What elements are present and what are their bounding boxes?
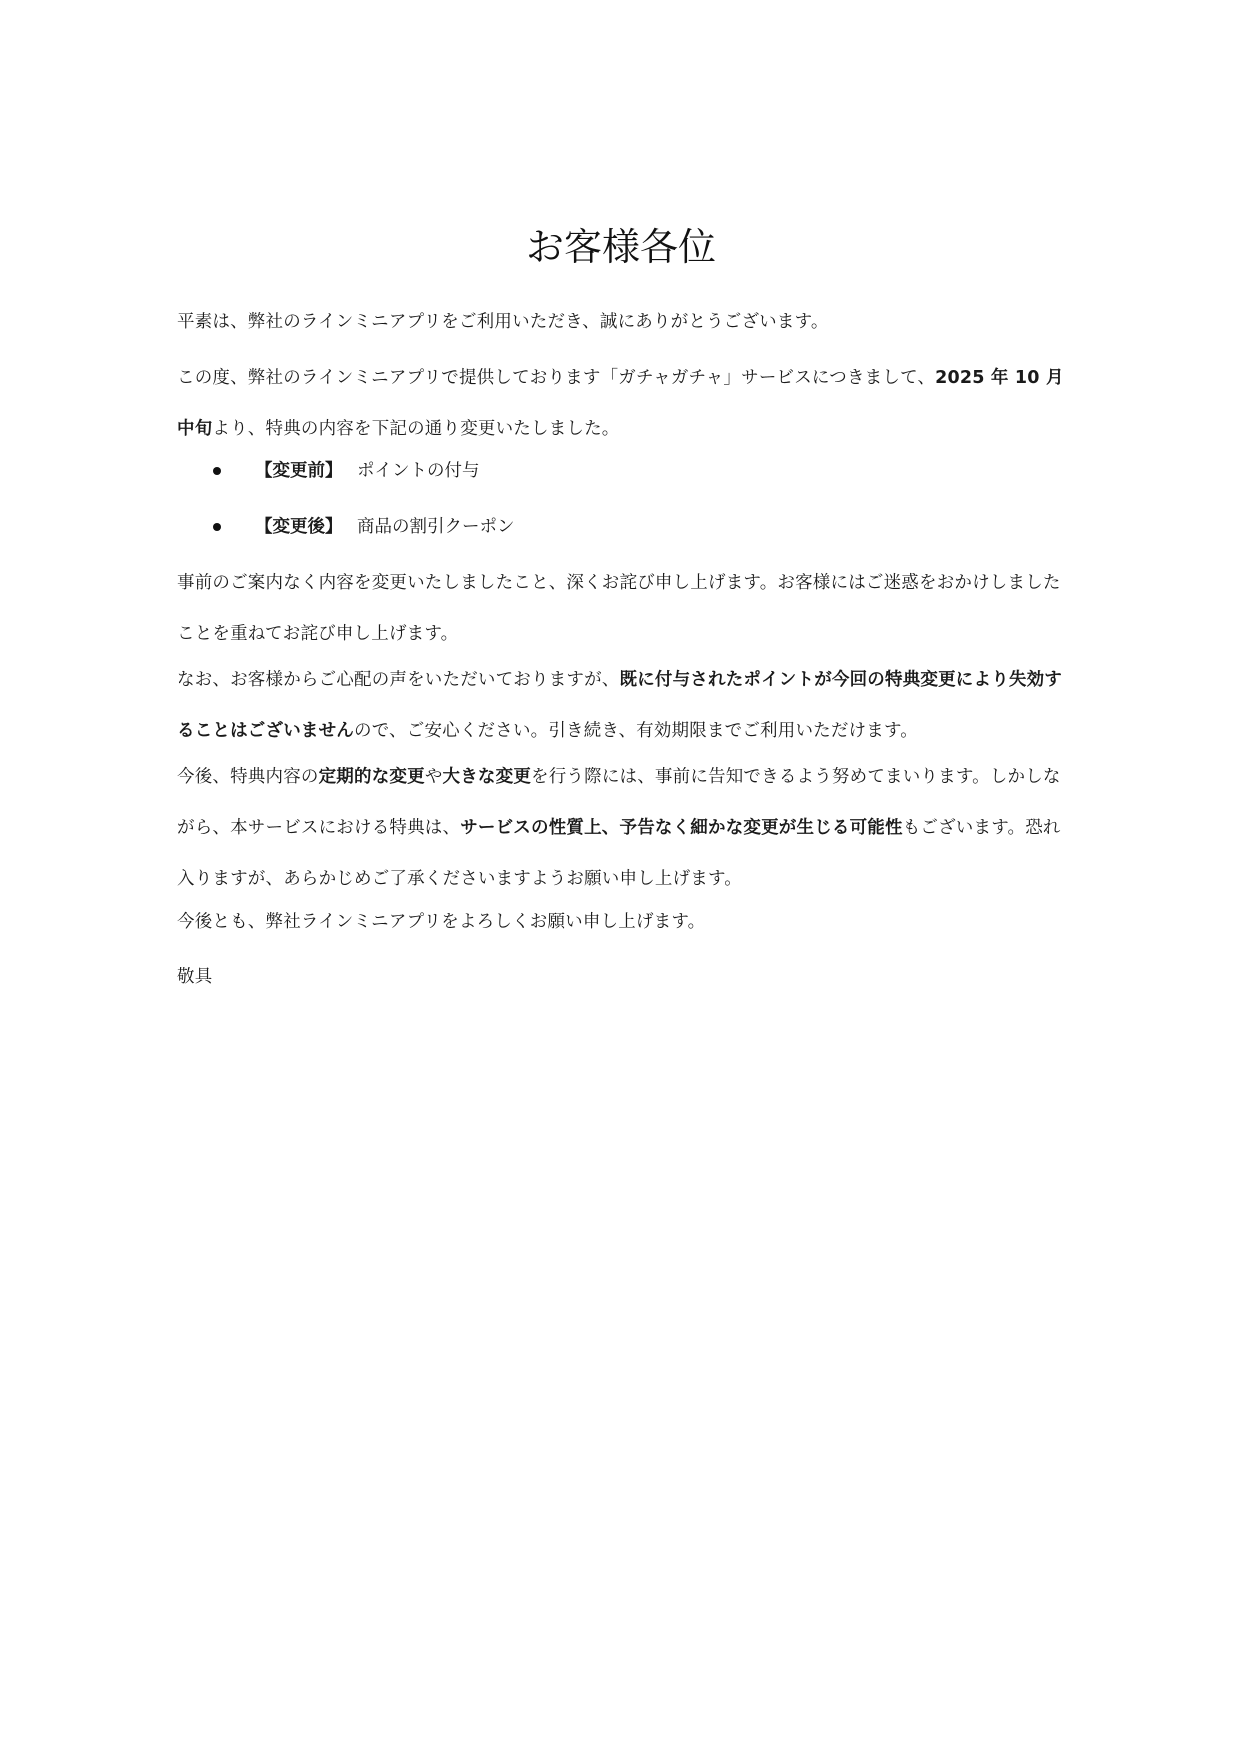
emphasis: 大きな変更	[443, 767, 532, 787]
change-value: ポイントの付与	[357, 456, 480, 486]
reassurance-paragraph: なお、お客様からご心配の声をいただいておりますが、既に付与されたポイントが今回の…	[177, 655, 1065, 757]
bullet-icon	[213, 467, 221, 475]
future-changes-paragraph: 今後、特典内容の定期的な変更や大きな変更を行う際には、事前に告知できるよう努めて…	[177, 752, 1065, 905]
text-segment: や	[425, 767, 443, 787]
greeting-paragraph: 平素は、弊社のラインミニアプリをご利用いただき、誠にありがとうございます。	[177, 297, 1065, 348]
text-segment: ので、ご安心ください。引き続き、有効期限までご利用いただけます。	[354, 721, 918, 741]
bullet-icon	[213, 523, 221, 531]
text-segment: 今後、特典内容の	[177, 767, 319, 787]
text-segment: より、特典の内容を下記の通り変更いたしました。	[212, 419, 619, 439]
text-segment: なお、お客様からご心配の声をいただいておりますが、	[177, 670, 620, 690]
document-title: お客様各位	[177, 222, 1065, 272]
text-segment: 敬具	[177, 967, 212, 987]
text-segment: 平素は、弊社のラインミニアプリをご利用いただき、誠にありがとうございます。	[177, 312, 829, 332]
change-label: 【変更後】	[255, 512, 343, 542]
change-label: 【変更前】	[255, 456, 343, 486]
change-value: 商品の割引クーポン	[357, 512, 515, 542]
apology-paragraph: 事前のご案内なく内容を変更いたしましたこと、深くお詫び申し上げます。お客様にはご…	[177, 558, 1065, 660]
closing-paragraph: 今後とも、弊社ラインミニアプリをよろしくお願い申し上げます。	[177, 897, 1065, 948]
emphasis: サービスの性質上、予告なく細かな変更が生じる可能性	[460, 818, 903, 838]
text-segment: 今後とも、弊社ラインミニアプリをよろしくお願い申し上げます。	[177, 912, 705, 932]
announcement-paragraph: この度、弊社のラインミニアプリで提供しております「ガチャガチャ」サービスにつきま…	[177, 353, 1065, 455]
text-segment: この度、弊社のラインミニアプリで提供しております「ガチャガチャ」サービスにつきま…	[177, 368, 935, 388]
emphasis: 定期的な変更	[319, 767, 425, 787]
text-segment: 事前のご案内なく内容を変更いたしましたこと、深くお詫び申し上げます。お客様にはご…	[177, 573, 1061, 644]
sign-off: 敬具	[177, 952, 1065, 1003]
